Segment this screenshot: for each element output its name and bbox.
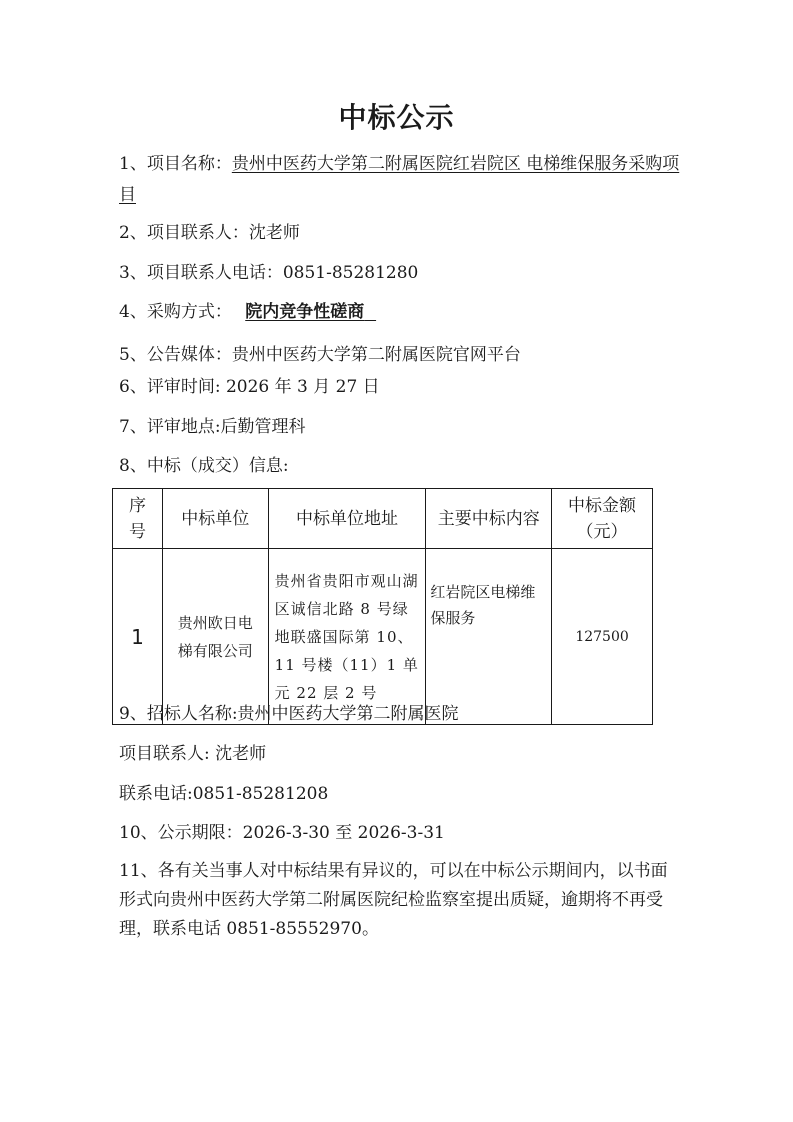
item-bid-info: 8、中标（成交）信息: <box>119 455 289 477</box>
item-media: 5、公告媒体：贵州中医药大学第二附属医院官网平台 <box>119 344 521 366</box>
bid-result-table: 序号 中标单位 中标单位地址 主要中标内容 中标金额（元） 1 贵州欧日电梯有限… <box>112 488 653 725</box>
item-label: 4、采购方式： <box>119 302 232 322</box>
header-winner: 中标单位 <box>162 489 268 549</box>
header-address: 中标单位地址 <box>268 489 426 549</box>
cell-winner: 贵州欧日电梯有限公司 <box>162 549 268 725</box>
cell-address: 贵州省贵阳市观山湖区诚信北路 8 号绿地联盛国际第 10、11 号楼（11）1 … <box>268 549 426 725</box>
cell-content: 红岩院区电梯维保服务 <box>426 549 552 725</box>
item-project-name: 1、项目名称：贵州中医药大学第二附属医院红岩院区 电梯维保服务采购项 <box>119 153 679 175</box>
item-review-place: 7、评审地点:后勤管理科 <box>119 416 306 438</box>
item-procurement-method: 4、采购方式： 院内竞争性磋商 <box>119 301 376 323</box>
project-name-value-cont: 目 <box>119 185 136 205</box>
tenderer-contact: 项目联系人: 沈老师 <box>119 743 266 765</box>
item-review-time: 6、评审时间: 2026 年 3 月 27 日 <box>119 376 380 398</box>
tenderer-phone: 联系电话:0851-85281208 <box>119 783 328 805</box>
item-project-name-cont: 目 <box>119 184 136 206</box>
item-label: 1、项目名称： <box>119 154 232 174</box>
item-objection-notice: 11、各有关当事人对中标结果有异议的，可以在中标公示期间内，以书面形式向贵州中医… <box>119 857 679 944</box>
cell-amount: 127500 <box>552 549 653 725</box>
item-contact-phone: 3、项目联系人电话：0851-85281280 <box>119 262 418 284</box>
item-tenderer: 9、招标人名称:贵州中医药大学第二附属医院 <box>119 703 459 725</box>
page-title: 中标公示 <box>0 96 793 136</box>
table-row: 1 贵州欧日电梯有限公司 贵州省贵阳市观山湖区诚信北路 8 号绿地联盛国际第 1… <box>113 549 653 725</box>
header-content: 主要中标内容 <box>426 489 552 549</box>
item-publicity-period: 10、公示期限：2026-3-30 至 2026-3-31 <box>119 822 445 844</box>
header-seq: 序号 <box>113 489 163 549</box>
table-header-row: 序号 中标单位 中标单位地址 主要中标内容 中标金额（元） <box>113 489 653 549</box>
procurement-method-value: 院内竞争性磋商 <box>245 302 364 322</box>
header-amount: 中标金额（元） <box>552 489 653 549</box>
item-contact: 2、项目联系人：沈老师 <box>119 222 300 244</box>
cell-seq: 1 <box>113 549 163 725</box>
project-name-value: 贵州中医药大学第二附属医院红岩院区 电梯维保服务采购项 <box>232 154 679 174</box>
